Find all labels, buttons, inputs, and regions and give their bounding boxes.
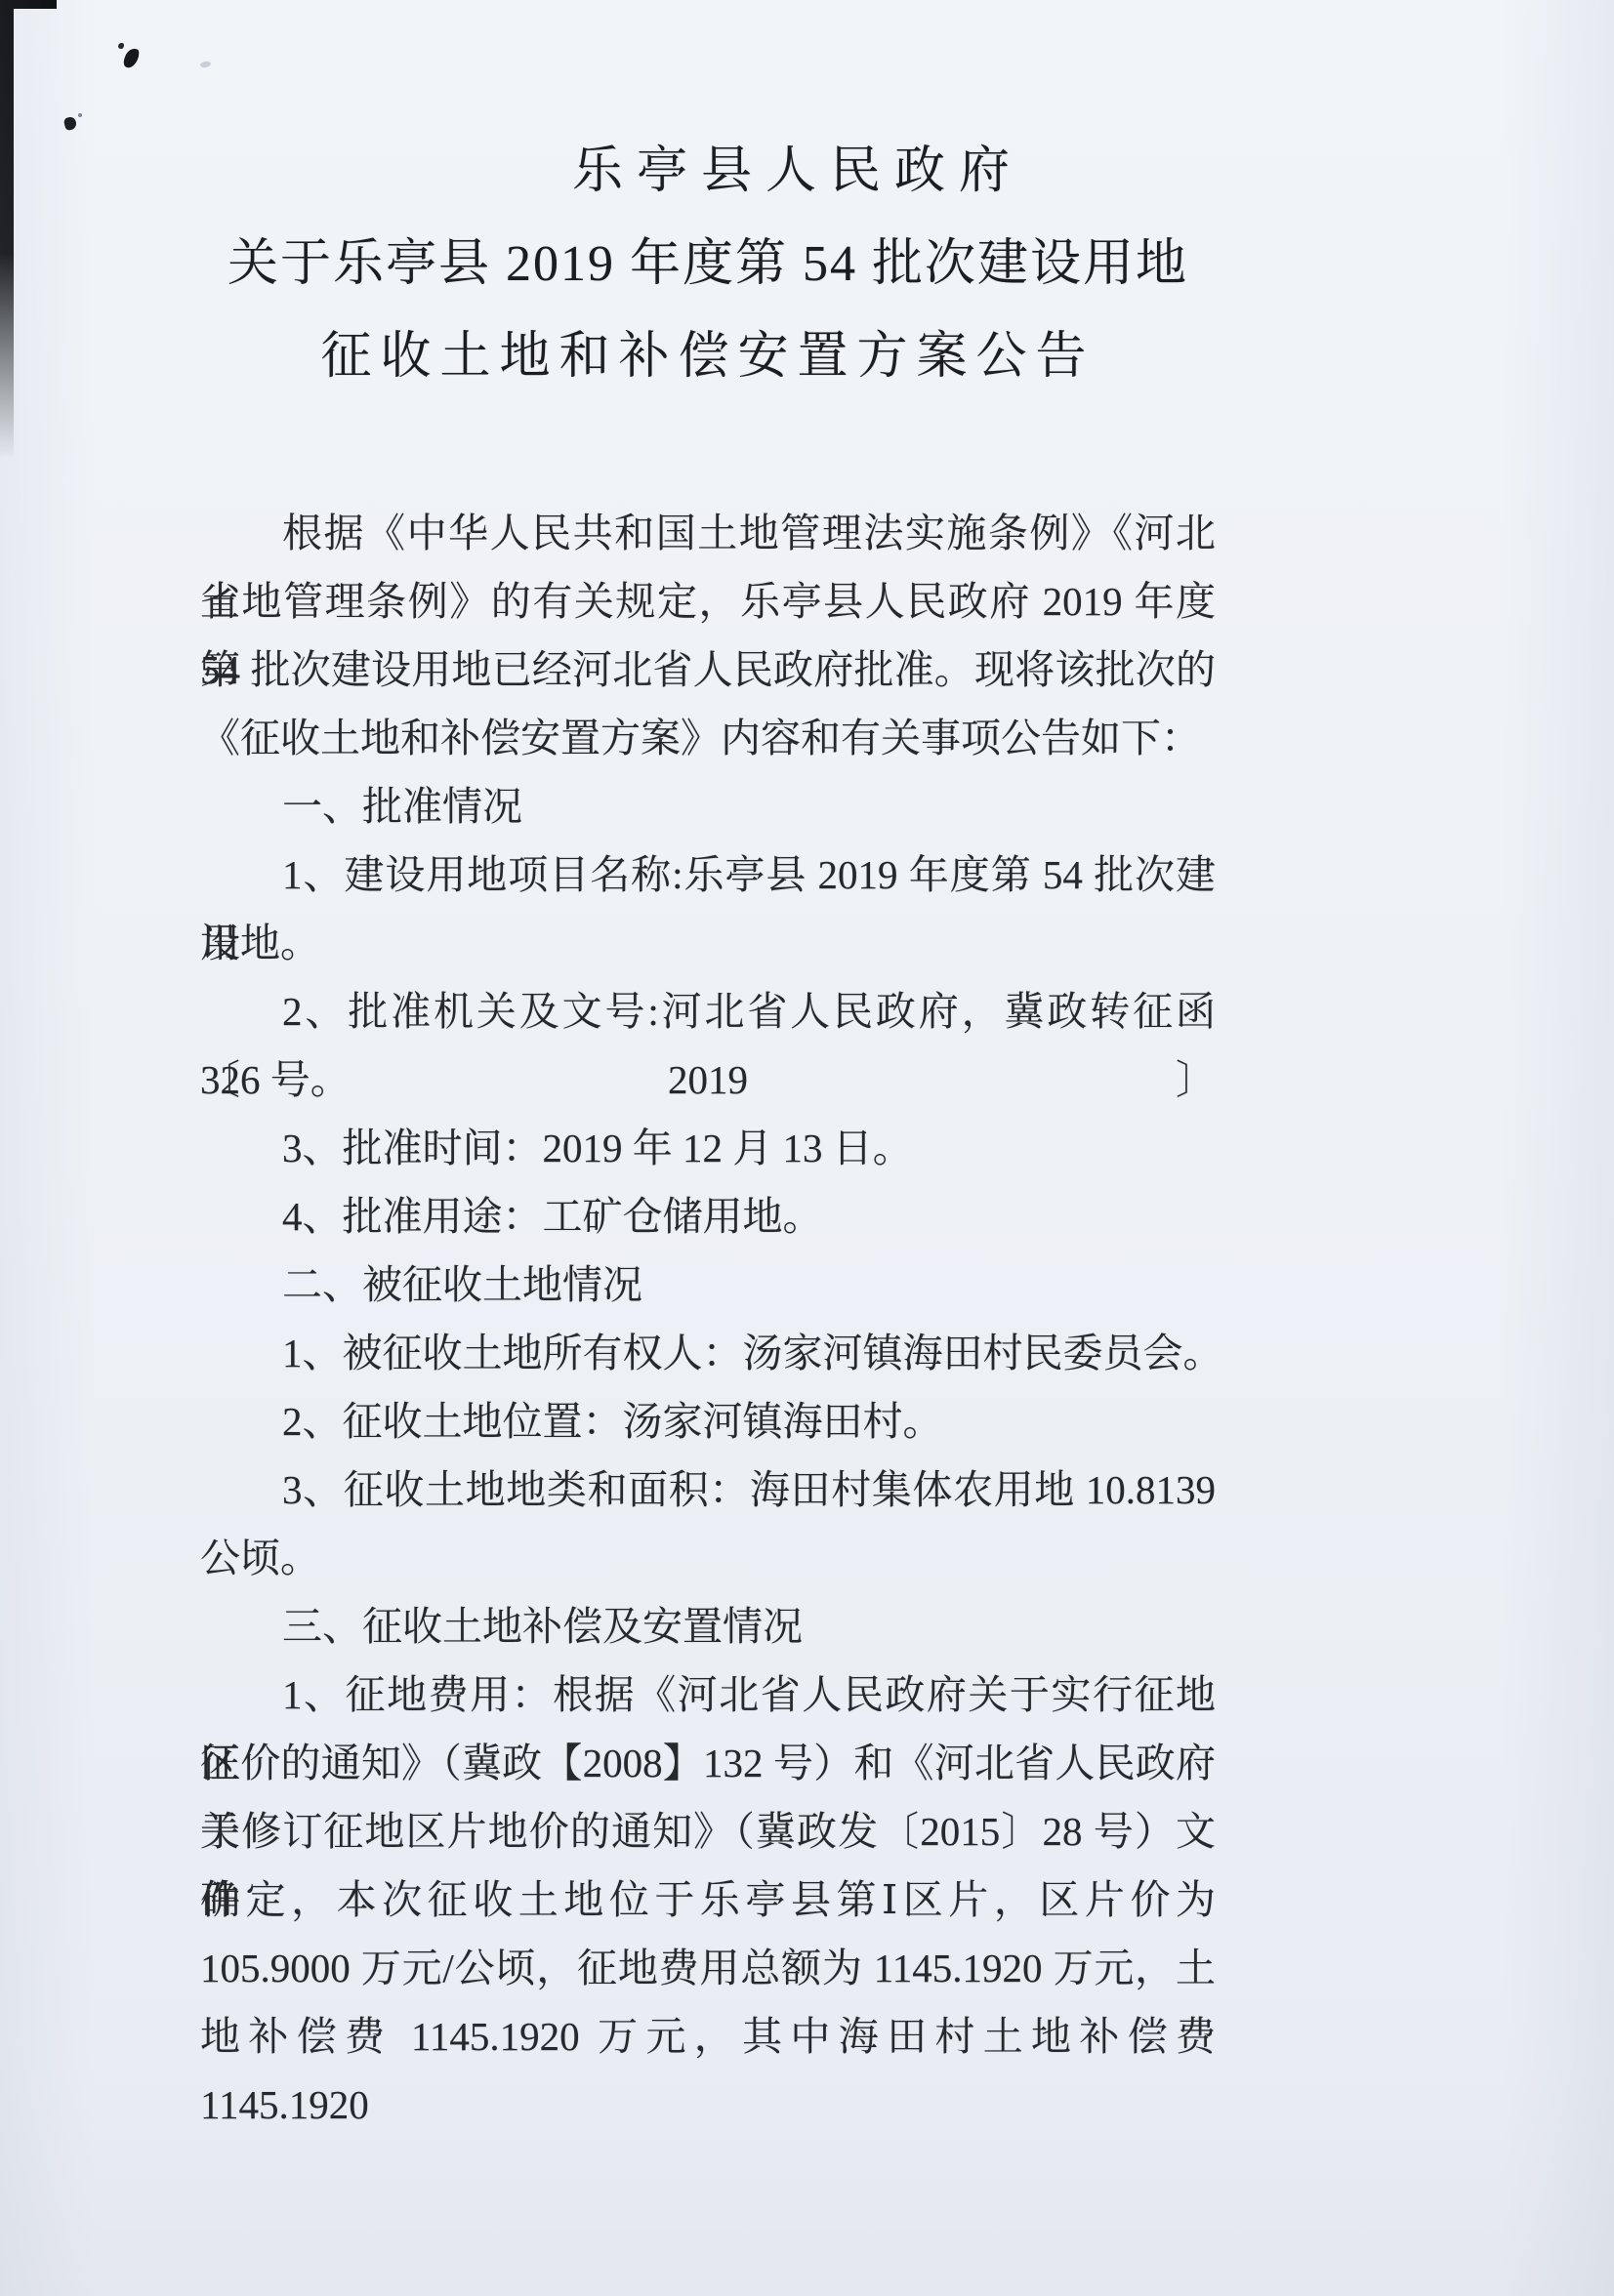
text-line: 确定，本次征收土地位于乐亭县第Ⅰ区片，区片价为 (200, 1865, 1216, 1934)
text-line: 2、征收土地位置：汤家河镇海田村。 (200, 1387, 1216, 1455)
text-line: 二、被征收土地情况 (200, 1250, 1216, 1319)
text-line: 地补偿费 1145.1920 万元，其中海田村土地补偿费 1145.1920 (200, 2002, 1216, 2070)
document-body: 根据《中华人民共和国土地管理法实施条例》《河北省土地管理条例》的有关规定，乐亭县… (200, 499, 1216, 2070)
text-line: 54 批次建设用地已经河北省人民政府批准。现将该批次的 (200, 635, 1216, 704)
text-line: 1、征地费用：根据《河北省人民政府关于实行征地区 (200, 1660, 1216, 1729)
scan-edge-artifact-left (0, 0, 14, 459)
text-line: 公顷。 (200, 1524, 1216, 1592)
document-title-line-3: 征收土地和补偿安置方案公告 (200, 310, 1216, 403)
document-content: 乐亭县人民政府 关于乐亭县 2019 年度第 54 批次建设用地 征收土地和补偿… (200, 125, 1216, 2070)
text-line: 1、建设用地项目名称:乐亭县 2019 年度第 54 批次建设 (200, 840, 1216, 909)
text-line: 征价的通知》（冀政【2008】132 号）和《河北省人民政府关 (200, 1729, 1216, 1797)
text-line: 4、批准用途：工矿仓储用地。 (200, 1182, 1216, 1250)
text-line: 3、征收土地地类和面积：海田村集体农用地 10.8139 (200, 1455, 1216, 1524)
text-line: 于修订征地区片地价的通知》（冀政发〔2015〕28 号）文件 (200, 1797, 1216, 1865)
scan-edge-artifact-top (0, 0, 57, 9)
text-line: 三、征收土地补偿及安置情况 (200, 1592, 1216, 1660)
text-line: 《征收土地和补偿安置方案》内容和有关事项公告如下： (200, 704, 1216, 772)
ink-speck (78, 113, 82, 117)
text-line: 一、批准情况 (200, 772, 1216, 840)
scanned-page-background: { "document": { "title_lines": [ "乐亭县人民政… (0, 0, 1614, 2296)
text-line: 326 号。 (200, 1045, 1216, 1114)
document-title-line-1: 乐亭县人民政府 (290, 125, 1305, 218)
ink-speck (118, 43, 124, 49)
text-line: 2、批准机关及文号:河北省人民政府，冀政转征函〔2019〕 (200, 977, 1216, 1045)
document-title: 乐亭县人民政府 关于乐亭县 2019 年度第 54 批次建设用地 征收土地和补偿… (200, 125, 1216, 403)
text-line: 105.9000 万元/公顷，征地费用总额为 1145.1920 万元，土 (200, 1934, 1216, 2002)
scanned-document-page: 乐亭县人民政府 关于乐亭县 2019 年度第 54 批次建设用地 征收土地和补偿… (0, 0, 1614, 2296)
text-line: 3、批准时间：2019 年 12 月 13 日。 (200, 1114, 1216, 1182)
text-line: 土地管理条例》的有关规定，乐亭县人民政府 2019 年度第 (200, 567, 1216, 635)
ink-speck (63, 116, 78, 132)
ink-speck (122, 46, 141, 69)
ink-smudge (200, 61, 212, 68)
text-line: 1、被征收土地所有权人：汤家河镇海田村民委员会。 (200, 1319, 1216, 1387)
text-line: 根据《中华人民共和国土地管理法实施条例》《河北省 (200, 499, 1216, 567)
text-line: 用地。 (200, 909, 1216, 977)
document-title-line-2: 关于乐亭县 2019 年度第 54 批次建设用地 (200, 218, 1216, 310)
